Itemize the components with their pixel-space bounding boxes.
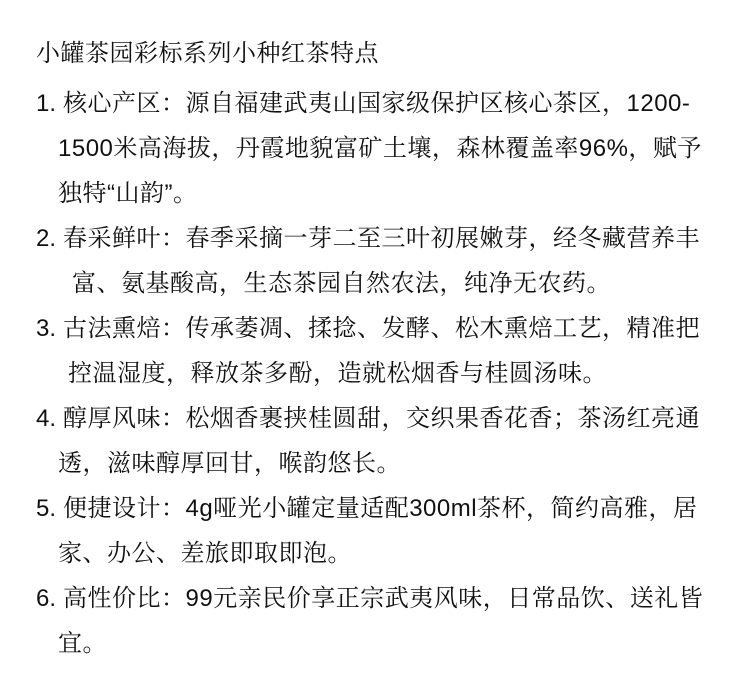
list-item-4: 4.醇厚风味：松烟香裹挟桂圆甜，交织果香花香；茶汤红亮通 透，滋味醇厚回甘，喉韵… [36, 396, 742, 486]
item-number: 6. [36, 576, 63, 621]
list-item-2: 2.春采鲜叶：春季采摘一芽二至三叶初展嫩芽，经冬藏营养丰 富、氨基酸高，生态茶园… [36, 216, 742, 306]
list-item-5: 5.便捷设计：4g哑光小罐定量适配300ml茶杯，简约高雅，居 家、办公、差旅即… [36, 486, 742, 576]
list-item-6: 6.高性价比：99元亲民价享正宗武夷风味，日常品饮、送礼皆 宜。 [36, 576, 742, 666]
item-text: 醇厚风味：松烟香裹挟桂圆甜，交织果香花香；茶汤红亮通 [63, 405, 700, 432]
item-number: 5. [36, 486, 63, 531]
item-line: 富、氨基酸高，生态茶园自然农法，纯净无农药。 [36, 261, 742, 306]
item-number: 1. [36, 81, 63, 126]
item-line: 3.古法熏焙：传承萎凋、揉捻、发酵、松木熏焙工艺，精准把 [36, 306, 742, 351]
item-text: 便捷设计：4g哑光小罐定量适配300ml茶杯，简约高雅，居 [63, 495, 698, 522]
item-line: 6.高性价比：99元亲民价享正宗武夷风味，日常品饮、送礼皆 [36, 576, 742, 621]
item-text: 春采鲜叶：春季采摘一芽二至三叶初展嫩芽，经冬藏营养丰 [63, 225, 700, 252]
item-number: 4. [36, 396, 63, 441]
page-title: 小罐茶园彩标系列小种红茶特点 [36, 31, 742, 76]
item-line: 控温湿度，释放茶多酚，造就松烟香与桂圆汤味。 [36, 351, 742, 396]
item-line: 独特“山韵”。 [36, 171, 742, 216]
item-line: 家、办公、差旅即取即泡。 [36, 531, 742, 576]
list-item-3: 3.古法熏焙：传承萎凋、揉捻、发酵、松木熏焙工艺，精准把 控温湿度，释放茶多酚，… [36, 306, 742, 396]
item-line: 4.醇厚风味：松烟香裹挟桂圆甜，交织果香花香；茶汤红亮通 [36, 396, 742, 441]
item-text: 古法熏焙：传承萎凋、揉捻、发酵、松木熏焙工艺，精准把 [63, 315, 700, 342]
list-item-1: 1.核心产区：源自福建武夷山国家级保护区核心茶区，1200- 1500米高海拔，… [36, 81, 742, 216]
document-page: 小罐茶园彩标系列小种红茶特点 1.核心产区：源自福建武夷山国家级保护区核心茶区，… [0, 0, 750, 666]
item-number: 2. [36, 216, 63, 261]
item-line: 宜。 [36, 621, 742, 666]
item-line: 1500米高海拔，丹霞地貌富矿土壤，森林覆盖率96%，赋予 [36, 126, 742, 171]
item-line: 1.核心产区：源自福建武夷山国家级保护区核心茶区，1200- [36, 81, 742, 126]
item-text: 核心产区：源自福建武夷山国家级保护区核心茶区，1200- [63, 90, 690, 117]
item-line: 5.便捷设计：4g哑光小罐定量适配300ml茶杯，简约高雅，居 [36, 486, 742, 531]
item-line: 2.春采鲜叶：春季采摘一芽二至三叶初展嫩芽，经冬藏营养丰 [36, 216, 742, 261]
item-text: 高性价比：99元亲民价享正宗武夷风味，日常品饮、送礼皆 [63, 585, 703, 612]
item-line: 透，滋味醇厚回甘，喉韵悠长。 [36, 441, 742, 486]
feature-list: 1.核心产区：源自福建武夷山国家级保护区核心茶区，1200- 1500米高海拔，… [36, 81, 742, 666]
item-number: 3. [36, 306, 63, 351]
